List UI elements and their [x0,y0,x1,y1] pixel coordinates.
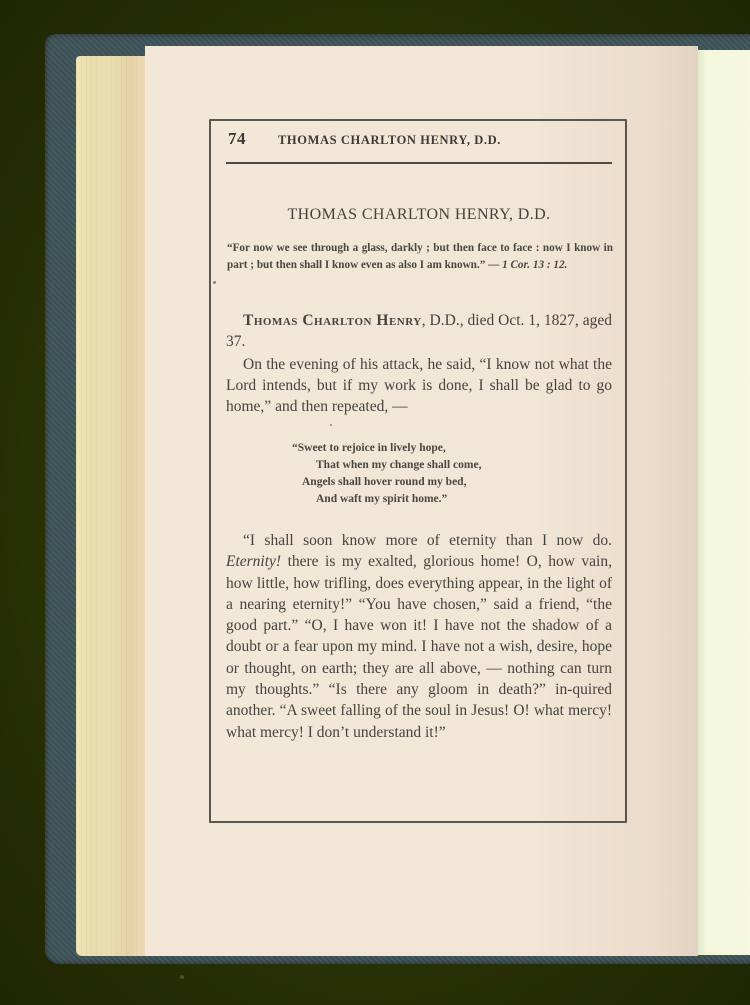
facing-page [697,50,750,955]
paragraph-2: “I shall soon know more of eternity than… [226,530,612,743]
page-number: 74 [228,129,246,149]
subject-name: Thomas Charlton Henry [243,312,422,329]
margin-mark [213,281,216,284]
paragraph-2-rest: there is my exalted, glorious home! O, h… [226,553,612,740]
verse-line: And waft my spirit home.” [316,491,481,508]
epigraph: “For now we see through a glass, darkly … [227,240,613,274]
header-rule [226,162,612,164]
paragraph-2-italic: Eternity! [226,553,281,570]
verse-line: Angels shall hover round my bed, [302,474,481,491]
verse-quotation: “Sweet to rejoice in lively hope, That w… [292,440,481,508]
intro-paragraph: Thomas Charlton Henry, D.D., died Oct. 1… [226,310,612,352]
verse-line: “Sweet to rejoice in lively hope, [292,440,481,457]
verse-line: That when my change shall come, [316,457,481,474]
running-head: 74 THOMAS CHARLTON HENRY, D.D. [226,127,612,157]
paper-spot [180,975,184,979]
print-speck [330,424,332,426]
page-edges [76,56,156,956]
running-title: THOMAS CHARLTON HENRY, D.D. [278,133,501,148]
paragraph-1: On the evening of his attack, he said, “… [226,354,612,417]
epigraph-citation: 1 Cor. 13 : 12. [502,259,567,271]
paragraph-2-start: “I shall soon know more of eternity than… [243,532,612,549]
chapter-title: THOMAS CHARLTON HENRY, D.D. [226,206,612,224]
